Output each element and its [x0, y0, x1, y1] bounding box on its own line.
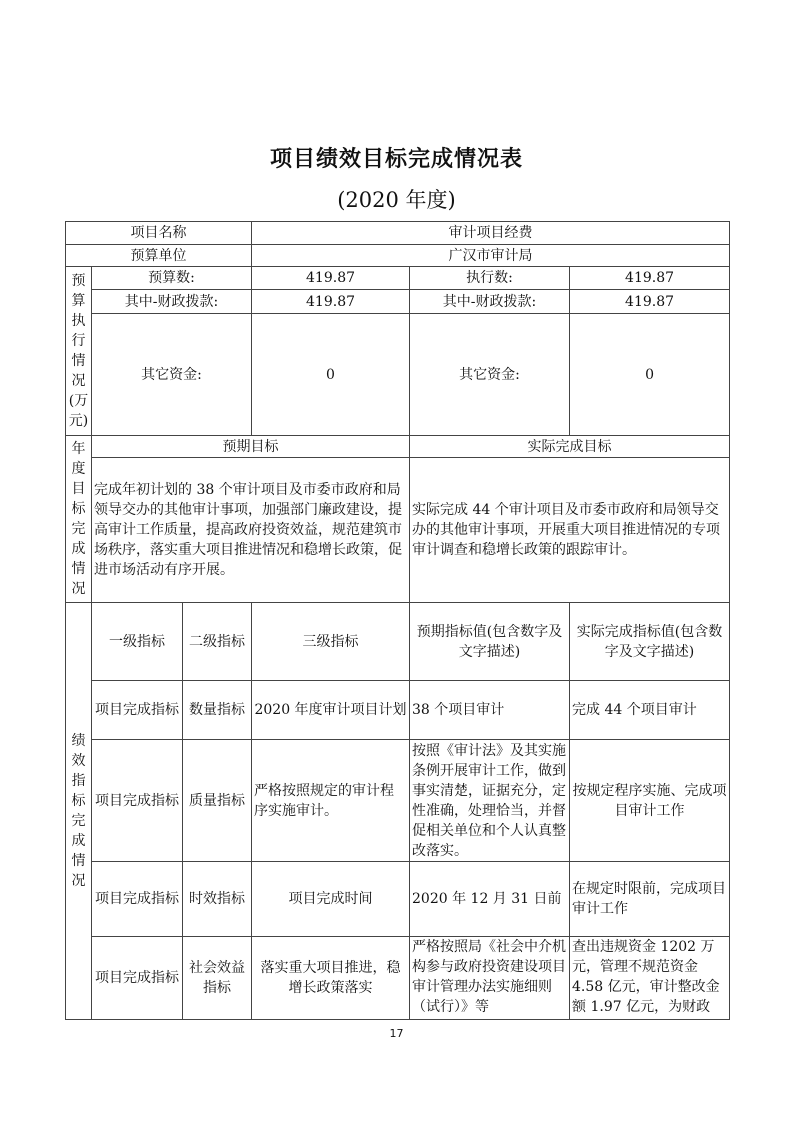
document-subtitle: (2020 年度)	[0, 184, 793, 214]
expected-cell: 按照《审计法》及其实施条例开展审计工作，做到事实清楚，证据充分，定性准确，处理恰…	[410, 740, 570, 862]
budget-unit-label: 预算单位	[66, 245, 252, 267]
level2-cell: 质量指标	[183, 740, 252, 862]
fiscal-execution-value: 419.87	[570, 290, 730, 314]
budget-unit-value: 广汉市审计局	[252, 245, 730, 267]
other-budget-label: 其它资金:	[92, 314, 252, 436]
expected-goal-header: 预期目标	[92, 436, 410, 458]
header-level3: 三级指标	[252, 603, 410, 681]
header-level2: 二级指标	[183, 603, 252, 681]
document-title: 项目绩效目标完成情况表	[0, 142, 793, 173]
other-execution-label: 其它资金:	[410, 314, 570, 436]
project-name-label: 项目名称	[66, 222, 252, 245]
actual-goal-text: 实际完成 44 个审计项目及市委市政府和局领导交办的其他审计事项，开展重大项目推…	[410, 458, 730, 603]
table-row: 项目完成指标 时效指标 项目完成时间 2020 年 12 月 31 日前 在规定…	[66, 862, 730, 937]
other-funds-row: 其它资金: 0 其它资金: 0	[66, 314, 730, 436]
fiscal-row: 其中-财政拨款: 419.87 其中-财政拨款: 419.87	[66, 290, 730, 314]
expected-goal-text: 完成年初计划的 38 个审计项目及市委市政府和局领导交办的其他审计事项，加强部门…	[92, 458, 410, 603]
performance-table: 项目名称 审计项目经费 预算单位 广汉市审计局 预算执行情况(万元) 预算数: …	[65, 221, 730, 1020]
budget-row: 预算执行情况(万元) 预算数: 419.87 执行数: 419.87	[66, 267, 730, 290]
budget-unit-row: 预算单位 广汉市审计局	[66, 245, 730, 267]
actual-cell: 在规定时限前，完成项目审计工作	[570, 862, 730, 937]
goals-content-row: 完成年初计划的 38 个审计项目及市委市政府和局领导交办的其他审计事项，加强部门…	[66, 458, 730, 603]
header-expected: 预期指标值(包含数字及文字描述)	[410, 603, 570, 681]
project-name-value: 审计项目经费	[252, 222, 730, 245]
execution-label: 执行数:	[410, 267, 570, 290]
level2-cell: 数量指标	[183, 681, 252, 740]
indicators-section-label: 绩效指标完成情况	[66, 603, 92, 1020]
fiscal-budget-label: 其中-财政拨款:	[92, 290, 252, 314]
page-number: 17	[0, 1027, 793, 1040]
level1-cell: 项目完成指标	[92, 681, 183, 740]
execution-value: 419.87	[570, 267, 730, 290]
level1-cell: 项目完成指标	[92, 740, 183, 862]
expected-cell: 严格按照局《社会中介机构参与政府投资建设项目审计管理办法实施细则（试行）》等	[410, 937, 570, 1020]
table-row: 项目完成指标 质量指标 严格按照规定的审计程序实施审计。 按照《审计法》及其实施…	[66, 740, 730, 862]
level2-cell: 时效指标	[183, 862, 252, 937]
level3-cell: 2020 年度审计项目计划	[252, 681, 410, 740]
project-name-row: 项目名称 审计项目经费	[66, 222, 730, 245]
table-row: 项目完成指标 社会效益指标 落实重大项目推进，稳增长政策落实 严格按照局《社会中…	[66, 937, 730, 1020]
goals-header-row: 年度目标完成情况 预期目标 实际完成目标	[66, 436, 730, 458]
goals-section-label: 年度目标完成情况	[66, 436, 92, 603]
level1-cell: 项目完成指标	[92, 937, 183, 1020]
budget-section-label: 预算执行情况(万元)	[66, 267, 92, 436]
other-budget-value: 0	[252, 314, 410, 436]
actual-cell: 完成 44 个项目审计	[570, 681, 730, 740]
level1-cell: 项目完成指标	[92, 862, 183, 937]
level3-cell: 严格按照规定的审计程序实施审计。	[252, 740, 410, 862]
fiscal-execution-label: 其中-财政拨款:	[410, 290, 570, 314]
actual-cell: 查出违规资金 1202 万元，管理不规范资金 4.58 亿元，审计整改金额 1.…	[570, 937, 730, 1020]
level3-cell: 落实重大项目推进，稳增长政策落实	[252, 937, 410, 1020]
level3-cell: 项目完成时间	[252, 862, 410, 937]
budget-value: 419.87	[252, 267, 410, 290]
header-actual: 实际完成指标值(包含数字及文字描述)	[570, 603, 730, 681]
header-level1: 一级指标	[92, 603, 183, 681]
actual-goal-header: 实际完成目标	[410, 436, 730, 458]
fiscal-budget-value: 419.87	[252, 290, 410, 314]
table-row: 项目完成指标 数量指标 2020 年度审计项目计划 38 个项目审计 完成 44…	[66, 681, 730, 740]
indicator-header-row: 绩效指标完成情况 一级指标 二级指标 三级指标 预期指标值(包含数字及文字描述)…	[66, 603, 730, 681]
expected-cell: 2020 年 12 月 31 日前	[410, 862, 570, 937]
budget-label: 预算数:	[92, 267, 252, 290]
actual-cell: 按规定程序实施、完成项目审计工作	[570, 740, 730, 862]
level2-cell: 社会效益指标	[183, 937, 252, 1020]
expected-cell: 38 个项目审计	[410, 681, 570, 740]
other-execution-value: 0	[570, 314, 730, 436]
